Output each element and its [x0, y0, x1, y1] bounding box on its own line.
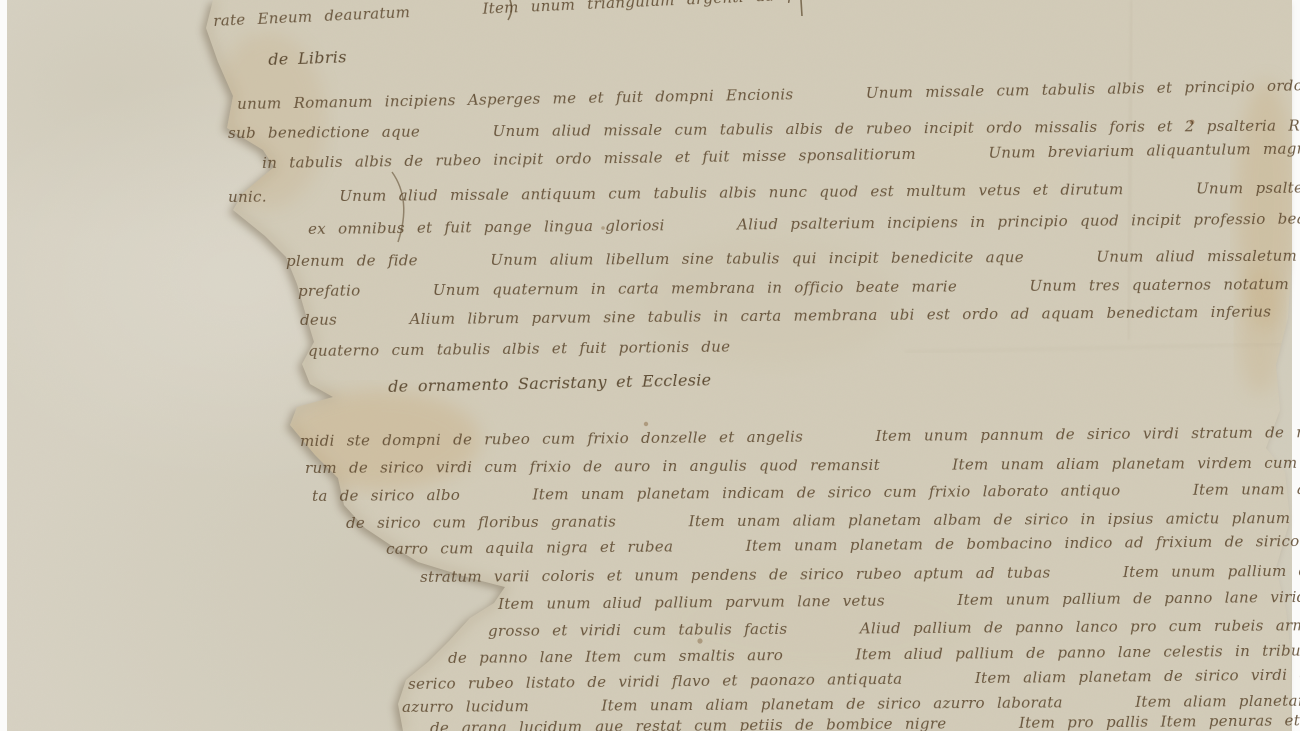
- manuscript-line: midi ste dompni de rubeo cum frixio donz…: [300, 422, 1300, 449]
- manuscript-line: unum Romanum incipiens Asperges me et fu…: [237, 74, 1300, 112]
- manuscript-text-layer: rate Eneum deauratum Item unum triangulu…: [0, 0, 1300, 731]
- manuscript-line: Item unum aliud pallium parvum lane vetu…: [498, 588, 1300, 612]
- manuscript-line: rum de sirico virdi cum frixio de auro i…: [305, 454, 1300, 476]
- manuscript-line: deus Alium librum parvum sine tabulis in…: [300, 302, 1300, 328]
- manuscript-line: prefatio Unum quaternum in carta membran…: [298, 276, 1300, 299]
- manuscript-line: quaterno cum tabulis albis et fuit porti…: [308, 340, 730, 359]
- manuscript-line: plenum de fide Unum alium libellum sine …: [286, 248, 1300, 269]
- manuscript-line: stratum varii coloris et unum pendens de…: [420, 563, 1300, 585]
- manuscript-line: de sirico cum floribus granatis Item una…: [346, 510, 1300, 531]
- section-heading: de ornamento Sacristany et Ecclesie: [388, 372, 712, 395]
- manuscript-line: in tabulis albis de rubeo incipit ordo m…: [262, 139, 1300, 171]
- section-heading: de Libris: [268, 49, 347, 68]
- manuscript-line: carro cum aquila nigra et rubea Item una…: [386, 531, 1300, 557]
- manuscript-photo: rate Eneum deauratum Item unum triangulu…: [0, 0, 1300, 731]
- manuscript-line: ex omnibus et fuit pange lingua gloriosi…: [308, 210, 1300, 237]
- manuscript-line: unic. Unum aliud missale antiquum cum ta…: [228, 179, 1300, 205]
- manuscript-line: ta de sirico albo Item unam planetam ind…: [312, 480, 1300, 504]
- manuscript-line: grosso et viridi cum tabulis factis Aliu…: [488, 617, 1300, 639]
- manuscript-line: de panno lane Item cum smaltis auro Item…: [448, 641, 1300, 666]
- manuscript-line: sub benedictione aque Unum aliud missale…: [228, 117, 1300, 141]
- manuscript-line: serico rubeo listato de viridi flavo et …: [408, 665, 1300, 692]
- manuscript-line: azurro lucidum Item unam aliam planetam …: [402, 691, 1300, 715]
- manuscript-top-line: rate Eneum deauratum Item unum triangulu…: [213, 0, 807, 29]
